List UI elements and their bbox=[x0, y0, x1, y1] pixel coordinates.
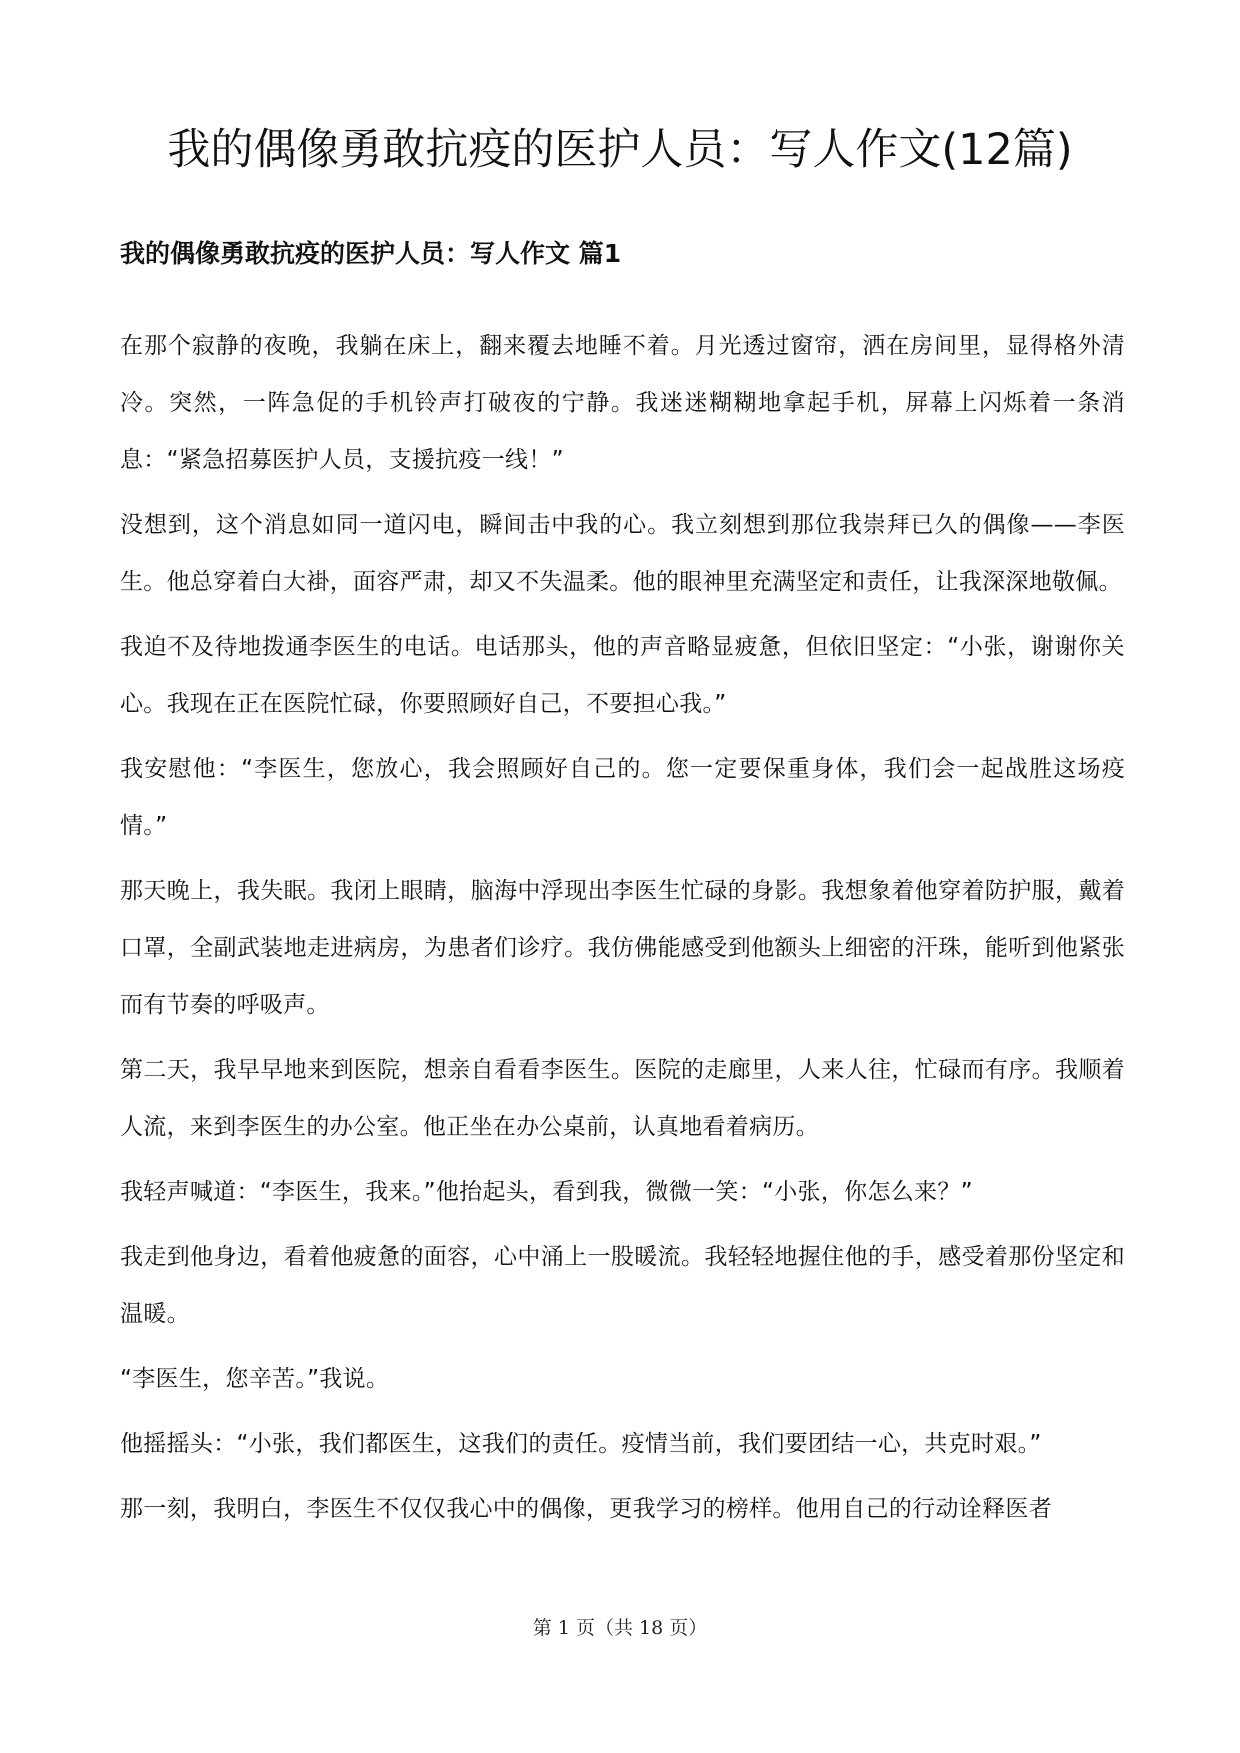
paragraph: 他摇摇头：“小张，我们都医生，这我们的责任。疫情当前，我们要团结一心，共克时艰。… bbox=[120, 1416, 1125, 1473]
paragraph: 我迫不及待地拨通李医生的电话。电话那头，他的声音略显疲惫，但依旧坚定：“小张，谢… bbox=[120, 619, 1125, 733]
paragraph: 我安慰他：“李医生，您放心，我会照顾好自己的。您一定要保重身体，我们会一起战胜这… bbox=[120, 741, 1125, 855]
paragraph: 我轻声喊道：“李医生，我来。”他抬起头，看到我，微微一笑：“小张，你怎么来？” bbox=[120, 1164, 1125, 1221]
paragraph: 那一刻，我明白，李医生不仅仅我心中的偶像，更我学习的榜样。他用自己的行动诠释医者 bbox=[120, 1481, 1125, 1538]
essay-body: 在那个寂静的夜晚，我躺在床上，翻来覆去地睡不着。月光透过窗帘，洒在房间里，显得格… bbox=[120, 318, 1125, 1546]
paragraph: 没想到，这个消息如同一道闪电，瞬间击中我的心。我立刻想到那位我崇拜已久的偶像——… bbox=[120, 497, 1125, 611]
section-heading: 我的偶像勇敢抗疫的医护人员：写人作文 篇1 bbox=[120, 234, 621, 274]
paragraph: 第二天，我早早地来到医院，想亲自看看李医生。医院的走廊里，人来人往，忙碌而有序。… bbox=[120, 1042, 1125, 1156]
page-number: 第 1 页（共 18 页） bbox=[533, 1617, 707, 1639]
page-footer: 第 1 页（共 18 页） bbox=[0, 1613, 1240, 1643]
paragraph: 我走到他身边，看着他疲惫的面容，心中涌上一股暖流。我轻轻地握住他的手，感受着那份… bbox=[120, 1229, 1125, 1343]
paragraph: 在那个寂静的夜晚，我躺在床上，翻来覆去地睡不着。月光透过窗帘，洒在房间里，显得格… bbox=[120, 318, 1125, 489]
document-title: 我的偶像勇敢抗疫的医护人员：写人作文(12篇) bbox=[0, 120, 1240, 180]
paragraph: 那天晚上，我失眠。我闭上眼睛，脑海中浮现出李医生忙碌的身影。我想象着他穿着防护服… bbox=[120, 863, 1125, 1034]
paragraph: “李医生，您辛苦。”我说。 bbox=[120, 1351, 1125, 1408]
document-page: 我的偶像勇敢抗疫的医护人员：写人作文(12篇) 我的偶像勇敢抗疫的医护人员：写人… bbox=[0, 0, 1240, 1753]
